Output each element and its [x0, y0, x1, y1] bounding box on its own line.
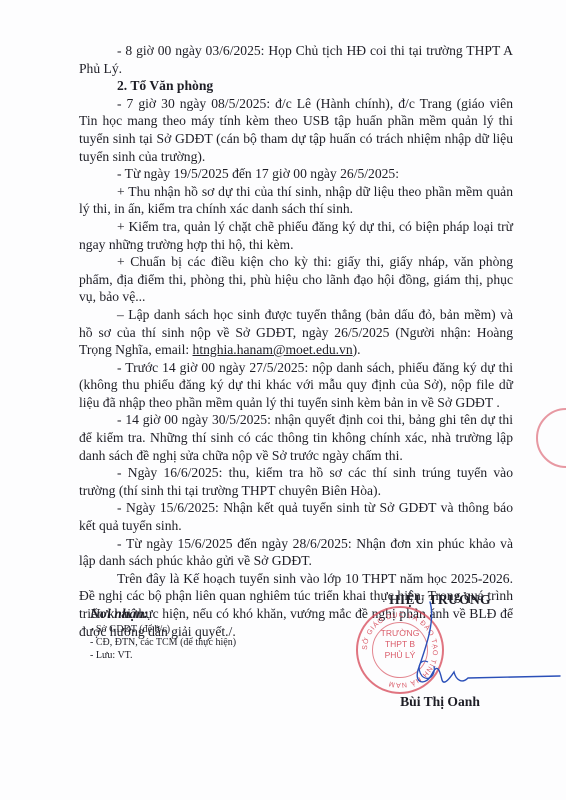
recipients-title: Nơi nhận:	[90, 606, 236, 622]
paragraph: - Trước 14 giờ 00 ngày 27/5/2025: nộp da…	[79, 359, 513, 412]
section-heading: 2. Tổ Văn phòng	[79, 77, 513, 95]
paragraph: - 8 giờ 00 ngày 03/6/2025: Họp Chủ tịch …	[79, 42, 513, 77]
paragraph: - Từ ngày 19/5/2025 đến 17 giờ 00 ngày 2…	[79, 165, 513, 183]
recipient-item: - CĐ, ĐTN, các TCM (để thực hiện)	[90, 636, 236, 649]
document-body: - 8 giờ 00 ngày 03/6/2025: Họp Chủ tịch …	[79, 42, 513, 640]
handwritten-signature-icon	[410, 592, 566, 702]
email-link[interactable]: htnghia.hanam@moet.edu.vn	[193, 342, 353, 357]
signer-name: Bùi Thị Oanh	[360, 694, 520, 710]
recipients-block: Nơi nhận: - Sở GDĐT (để b/c) - CĐ, ĐTN, …	[90, 606, 236, 662]
paragraph: - Từ ngày 15/6/2025 đến ngày 28/6/2025: …	[79, 535, 513, 570]
paragraph: + Chuẩn bị các điều kiện cho kỳ thi: giấ…	[79, 253, 513, 306]
paragraph: - Ngày 15/6/2025: Nhận kết quả tuyển sin…	[79, 499, 513, 534]
paragraph: - Ngày 16/6/2025: thu, kiểm tra hồ sơ cá…	[79, 464, 513, 499]
signature-block: HIỆU TRƯỞNG SỞ GIÁO DỤC VÀ ĐÀO TẠO TỈNH …	[360, 592, 520, 608]
paragraph: + Thu nhận hồ sơ dự thi của thí sinh, nh…	[79, 183, 513, 218]
paragraph: - 7 giờ 30 ngày 08/5/2025: đ/c Lê (Hành …	[79, 95, 513, 165]
recipient-item: - Lưu: VT.	[90, 649, 236, 662]
paragraph-text: ).	[353, 342, 361, 357]
recipient-item: - Sở GDĐT (để b/c)	[90, 623, 236, 636]
edge-stamp-fragment	[536, 408, 566, 468]
paragraph-with-email: – Lập danh sách học sinh được tuyển thẳn…	[79, 306, 513, 359]
paragraph: - 14 giờ 00 ngày 30/5/2025: nhận quyết đ…	[79, 411, 513, 464]
document-page: - 8 giờ 00 ngày 03/6/2025: Họp Chủ tịch …	[0, 0, 566, 800]
paragraph: + Kiểm tra, quản lý chặt chẽ phiếu đăng …	[79, 218, 513, 253]
